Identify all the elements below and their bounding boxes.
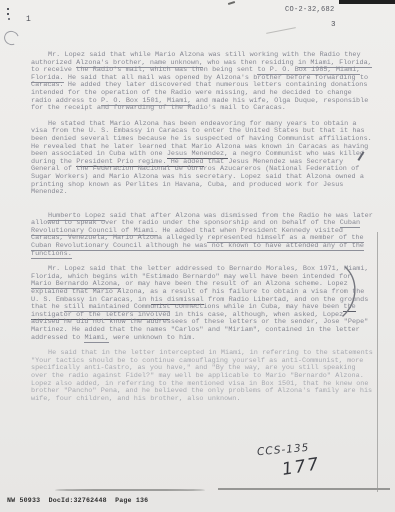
typed-text: Mr. Lopez said that the letter addressed… xyxy=(31,265,369,281)
paragraph: Humberto Lopez said that after Alzona wa… xyxy=(31,213,376,259)
paragraph: He said that in the letter intercepted i… xyxy=(31,350,376,403)
document-body: Mr. Lopez said that while Mario Alzona w… xyxy=(31,52,376,411)
margin-tick-mark: 1 xyxy=(26,15,31,24)
scan-speck-dots xyxy=(7,8,9,10)
page-number: 3 xyxy=(331,21,336,29)
underlined-text: Miami, xyxy=(84,334,108,343)
scan-artifact-tick xyxy=(228,1,235,5)
typed-text: were unknown to him. xyxy=(109,334,195,342)
paragraph: Mr. Lopez said that the letter addressed… xyxy=(31,266,376,342)
handwritten-page-count: 177 xyxy=(281,454,322,480)
scanned-document-page: 1 CO-2-32,682 3 Mr. Lopez said that whil… xyxy=(0,0,395,512)
typed-text: He said that in the letter intercepted i… xyxy=(31,349,373,403)
paragraph: He stated that Mario Alzona has been end… xyxy=(31,121,376,197)
file-number: CO-2-32,682 xyxy=(285,6,335,14)
paragraph: Mr. Lopez said that while Mario Alzona w… xyxy=(31,52,376,113)
pen-circle-mark xyxy=(2,28,22,47)
scan-artifact-diagonal xyxy=(266,27,296,34)
margin-paren-mark xyxy=(341,265,363,319)
scan-page-edge-bottom xyxy=(218,488,390,490)
scan-page-edge-right xyxy=(377,232,378,492)
scan-artifact-top-bar xyxy=(339,0,395,4)
archive-footer: NW 50933 DocId:32762448 Page 136 xyxy=(7,497,148,504)
scan-page-edge-bottom xyxy=(55,489,205,491)
